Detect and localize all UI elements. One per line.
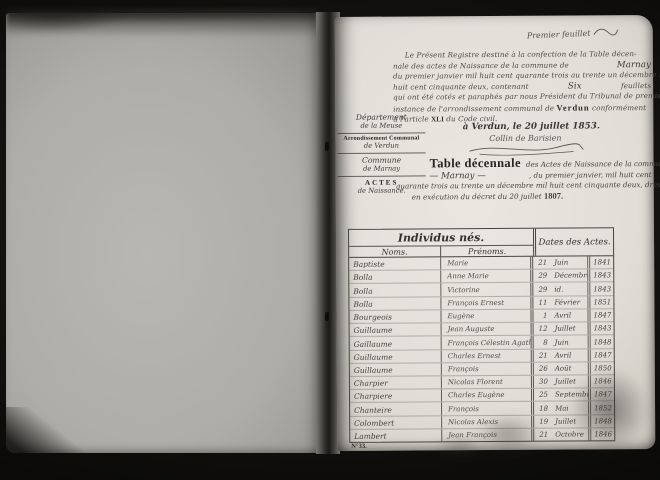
cell-mois: Avril xyxy=(549,311,587,322)
cell-mois: Avril xyxy=(550,350,588,361)
cell-mois: Juillet xyxy=(550,377,588,388)
table-row: Lambert Jean François 21 Octobre 1846 xyxy=(350,428,614,442)
cell-jour: 18 xyxy=(534,403,550,414)
cell-jour: 29 xyxy=(533,284,549,295)
cell-nom: Bolla xyxy=(349,271,441,284)
cell-annee: 1851 xyxy=(587,296,613,308)
cell-annee: 1843 xyxy=(588,322,614,334)
cell-annee: 1841 xyxy=(587,256,613,268)
table-heading: Table décennale des Actes de Naissance d… xyxy=(396,155,652,203)
cell-annee: 1848 xyxy=(588,336,614,348)
cell-prenom: Jean Auguste xyxy=(442,323,534,336)
cell-annee: 1847 xyxy=(587,309,613,321)
register-scan: Premier feuillet Le Présent Registre des… xyxy=(0,0,660,480)
table-body: Baptiste Marie 21 Juin 1841 Bolla Anne M… xyxy=(349,256,614,442)
cell-nom: Charpiere xyxy=(350,390,442,403)
paraph-flourish-icon xyxy=(592,26,618,39)
cell-nom: Bolla xyxy=(349,297,441,310)
heading-commune-script: — Marnay — xyxy=(430,171,486,182)
folio-note-text: Premier feuillet xyxy=(527,28,591,40)
cell-nom: Chanteire xyxy=(350,403,442,416)
cell-mois: Février xyxy=(549,297,587,308)
cell-jour: 11 xyxy=(533,298,549,309)
cell-jour: 25 xyxy=(534,390,550,401)
cell-nom: Bourgeois xyxy=(349,310,441,323)
cell-jour: 29 xyxy=(533,271,549,282)
paragraph-text: conformément xyxy=(592,103,646,112)
cell-prenom: Charles Ernest xyxy=(442,349,534,362)
cell-prenom: Nicolas Alexis xyxy=(442,415,534,428)
decree-year: 1807. xyxy=(544,191,563,201)
commune-name-script: Marnay xyxy=(617,60,651,71)
cell-jour: 1 xyxy=(533,311,549,322)
cell-mois: Juillet xyxy=(550,324,588,335)
cell-nom: Guillaume xyxy=(350,363,442,376)
cell-mois: Septembre xyxy=(550,390,588,401)
heading-title: Table décennale xyxy=(430,156,521,172)
cell-annee: 1846 xyxy=(588,428,614,440)
cell-mois: Juillet xyxy=(550,416,588,427)
paragraph-text: feuillets xyxy=(621,81,651,92)
cell-jour: 30 xyxy=(534,377,550,388)
folio-note: Premier feuillet xyxy=(527,26,619,42)
cell-prenom: François xyxy=(442,402,534,415)
blank-left-page xyxy=(6,13,318,453)
cell-prenom: Eugène xyxy=(441,310,533,323)
cell-jour: 21 xyxy=(534,430,550,441)
signature: Collin de Barisien xyxy=(435,133,615,156)
margin-arrondissement: Arrondissement Communal de Verdun xyxy=(337,133,425,154)
cell-nom: Bolla xyxy=(349,284,441,297)
cell-mois: id. xyxy=(549,284,587,295)
cell-prenom: François Ernest xyxy=(441,296,533,309)
sheet-count-script: Six xyxy=(568,81,582,92)
header-noms: Noms. xyxy=(349,245,441,257)
table-header: Individus nés. Noms. Prénoms. Dates des … xyxy=(349,228,613,258)
paragraph-line: instance de l'arrondissement communal de… xyxy=(393,102,651,115)
decennial-table: Individus nés. Noms. Prénoms. Dates des … xyxy=(348,227,615,443)
cell-nom: Baptiste xyxy=(349,257,441,270)
cell-prenom: François Célestin Agathe xyxy=(442,336,534,349)
header-individus: Individus nés. xyxy=(349,229,533,246)
cell-prenom: Charles Eugène xyxy=(442,389,534,402)
cell-nom: Lambert xyxy=(350,429,442,442)
cell-prenom: Jean François xyxy=(442,429,534,442)
cell-prenom: Victorine xyxy=(441,283,533,296)
cell-jour: 12 xyxy=(534,324,550,335)
cell-mois: Juin xyxy=(550,337,588,348)
plate-number: N°33. xyxy=(351,443,366,450)
cell-prenom: François xyxy=(442,363,534,376)
signature-flourish-icon xyxy=(465,141,585,156)
city-name-emphasis: Verdun xyxy=(556,102,589,112)
header-dates: Dates des Actes. xyxy=(533,228,613,255)
cell-jour: 21 xyxy=(533,258,549,269)
cell-annee: 1850 xyxy=(588,362,614,374)
paragraph-text: huit cent cinquante deux, contenant xyxy=(393,81,529,92)
cell-jour: 21 xyxy=(534,350,550,361)
cell-nom: Guillaume xyxy=(350,350,442,363)
cell-nom: Charpier xyxy=(350,376,442,389)
cell-jour: 8 xyxy=(534,337,550,348)
dateline: à Verdun, le 20 juillet 1853. xyxy=(431,121,631,132)
cell-annee: 1846 xyxy=(588,375,614,387)
cell-mois: Août xyxy=(550,363,588,374)
heading-line: Table décennale des Actes de Naissance d… xyxy=(430,155,652,171)
cell-annee: 1847 xyxy=(588,388,614,400)
paragraph-line: du premier janvier mil huit cent quarant… xyxy=(393,70,651,82)
heading-text: en exécution du décret du 20 juillet xyxy=(412,192,542,202)
header-prenoms: Prénoms. xyxy=(441,245,533,257)
cell-annee: 1843 xyxy=(587,269,613,281)
paragraph-line: Le Présent Registre destiné à la confect… xyxy=(393,49,651,61)
stitch-mark xyxy=(325,312,329,321)
cell-prenom: Marie xyxy=(441,257,533,270)
cell-annee: 1843 xyxy=(587,283,613,295)
cell-jour: 26 xyxy=(534,364,550,375)
signature-text: Collin de Barisien xyxy=(489,134,561,143)
cell-mois: Décembre xyxy=(549,271,587,282)
heading-line: en exécution du décret du 20 juillet 180… xyxy=(412,190,652,203)
heading-tail: des Actes de Naissance de la commune de xyxy=(526,159,660,169)
margin-department: Département de la Meuse xyxy=(337,110,425,134)
cell-nom: Guillaume xyxy=(350,323,442,336)
table-decennale-page: Premier feuillet Le Présent Registre des… xyxy=(335,15,656,451)
cell-annee: 1847 xyxy=(588,349,614,361)
opening-paragraph: Le Présent Registre destiné à la confect… xyxy=(393,49,651,125)
cell-annee: 1848 xyxy=(588,415,614,427)
department-value: de la Meuse xyxy=(337,121,425,130)
cell-prenom: Nicolas Florent xyxy=(442,376,534,389)
cell-prenom: Anne Marie xyxy=(441,270,533,283)
cell-jour: 19 xyxy=(534,417,550,428)
cell-mois: Mai xyxy=(550,403,588,414)
cell-mois: Juin xyxy=(549,258,587,269)
cell-mois: Octobre xyxy=(550,429,588,440)
arrondissement-value: de Verdun xyxy=(337,141,425,150)
cell-nom: Colombert xyxy=(350,416,442,429)
stitch-mark xyxy=(325,142,329,151)
heading-text: , du premier janvier, mil huit cent xyxy=(529,170,652,181)
cell-nom: Gaillaume xyxy=(350,337,442,350)
cell-annee: 1852 xyxy=(588,402,614,414)
